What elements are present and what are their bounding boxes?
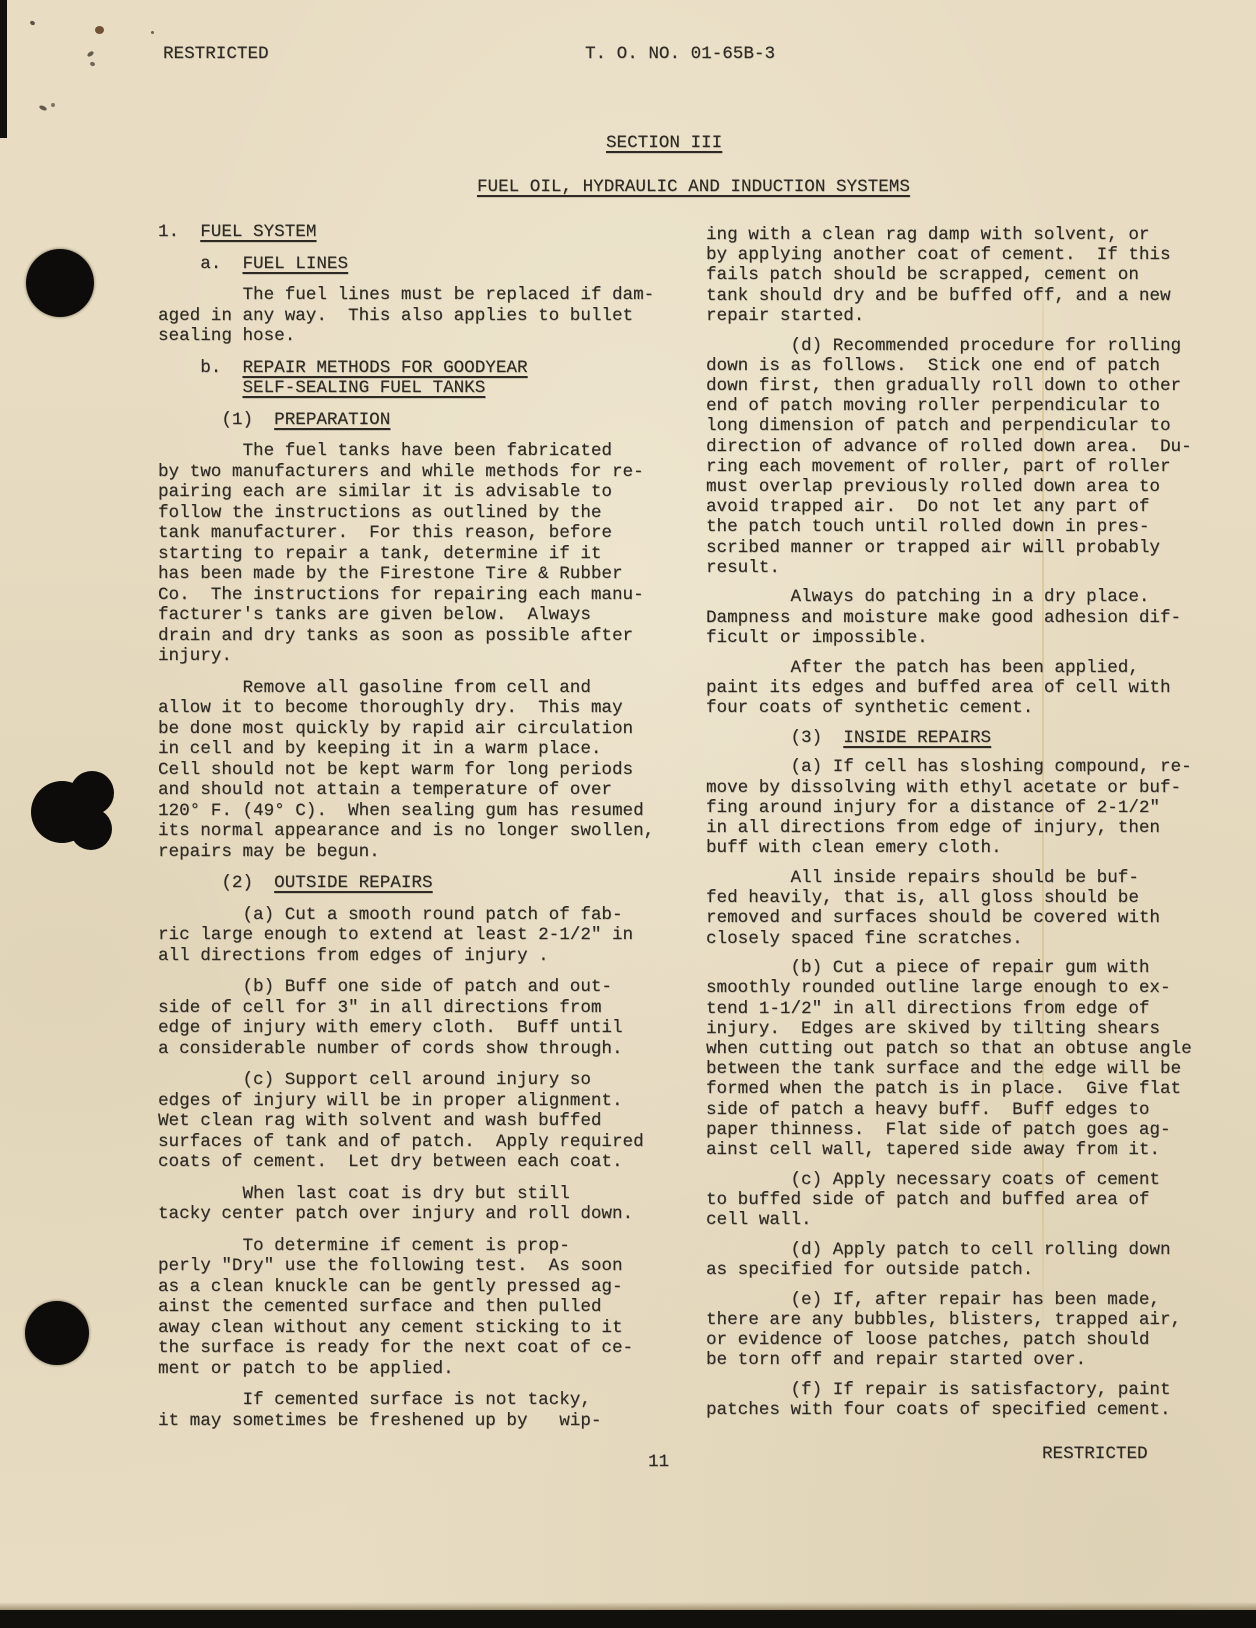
heading-title: PREPARATION [274,410,390,430]
paragraph: (f) If repair is satisfactory, paintpatc… [706,1380,1211,1420]
smudge [95,26,104,34]
text-line: (a) If cell has sloshing compound, re- [706,757,1211,777]
text-line: ring each movement of roller, part of ro… [706,457,1211,477]
text-line: injury. [158,646,663,667]
heading-label: b. [158,358,242,378]
text-line: If cemented surface is not tacky, [158,1390,663,1411]
text-line: must overlap previously rolled down area… [706,477,1211,497]
text-line: side of patch a heavy buff. Buff edges t… [706,1100,1211,1120]
text-line: the surface is ready for the next coat o… [158,1338,663,1359]
text-line: (c) Support cell around injury so [158,1070,663,1091]
smudge [86,50,94,57]
paragraph: All inside repairs should be buf-fed hea… [706,868,1211,949]
text-line: be done most quickly by rapid air circul… [158,719,663,740]
text-line: down first, then gradually roll down to … [706,376,1211,396]
paragraph: (a) If cell has sloshing compound, re-mo… [706,757,1211,858]
text-line: its normal appearance and is no longer s… [158,821,663,842]
paragraph: To determine if cement is prop-perly "Dr… [158,1236,663,1380]
paragraph: (a) Cut a smooth round patch of fab-ric … [158,905,663,967]
text-line: surfaces of tank and of patch. Apply req… [158,1132,663,1153]
paragraph: (c) Support cell around injury soedges o… [158,1070,663,1173]
text-line: Always do patching in a dry place. [706,587,1211,607]
text-line: Dampness and moisture make good adhesion… [706,608,1211,628]
text-line: in all directions from edge of injury, t… [706,818,1211,838]
section-heading: (3) INSIDE REPAIRS [706,728,1211,748]
heading-label: (3) [706,728,843,748]
text-line: injury. Edges are skived by tilting shea… [706,1019,1211,1039]
text-line: 120° F. (49° C). When sealing gum has re… [158,801,663,822]
text-line: (a) Cut a smooth round patch of fab- [158,905,663,926]
hole-punch-bottom [25,1301,89,1365]
heading-label: (1) [158,410,274,430]
text-line: fed heavily, that is, all gloss should b… [706,888,1211,908]
text-line: edge of injury with emery cloth. Buff un… [158,1018,663,1039]
paragraph: The fuel lines must be replaced if dam-a… [158,285,663,347]
text-line: four coats of synthetic cement. [706,698,1211,718]
text-line: edges of injury will be in proper alignm… [158,1091,663,1112]
text-line: end of patch moving roller perpendicular… [706,396,1211,416]
paragraph: (e) If, after repair has been made,there… [706,1290,1211,1371]
text-line: After the patch has been applied, [706,658,1211,678]
text-line: there are any bubbles, blisters, trapped… [706,1310,1211,1330]
text-line: cell wall. [706,1210,1211,1230]
text-line: repairs may be begun. [158,842,663,863]
text-line: result. [706,558,1211,578]
text-line: long dimension of patch and perpendicula… [706,416,1211,436]
text-line: ing with a clean rag damp with solvent, … [706,225,1211,245]
paragraph: (d) Recommended procedure for rollingdow… [706,336,1211,578]
text-line: side of cell for 3" in all directions fr… [158,998,663,1019]
heading-title: FUEL LINES [242,254,348,274]
page-number: 11 [648,1452,669,1472]
text-line: Co. The instructions for repairing each … [158,585,663,606]
text-line: To determine if cement is prop- [158,1236,663,1257]
paragraph: (b) Buff one side of patch and out-side … [158,977,663,1059]
heading-label: a. [158,254,242,274]
section-heading: 1. FUEL SYSTEM [158,222,663,243]
text-line: in cell and by keeping it in a warm plac… [158,739,663,760]
text-line: as specified for outside patch. [706,1260,1211,1280]
text-line: paper thinness. Flat side of patch goes … [706,1120,1211,1140]
text-line: (b) Buff one side of patch and out- [158,977,663,998]
text-line: drain and dry tanks as soon as possible … [158,626,663,647]
paragraph: Always do patching in a dry place.Dampne… [706,587,1211,648]
text-line: be torn off and repair started over. [706,1350,1211,1370]
text-line: it may sometimes be freshened up by wip- [158,1411,663,1432]
scan-edge-bottom [0,1610,1256,1628]
text-line: paint its edges and buffed area of cell … [706,678,1211,698]
text-line: tank manufacturer. For this reason, befo… [158,523,663,544]
text-line: (c) Apply necessary coats of cement [706,1170,1211,1190]
text-line: tacky center patch over injury and roll … [158,1204,663,1225]
text-line: ficult or impossible. [706,628,1211,648]
text-line: tend 1-1/2" in all directions from edge … [706,999,1211,1019]
text-line: fing around injury for a distance of 2-1… [706,798,1211,818]
text-line: as a clean knuckle can be gently pressed… [158,1277,663,1298]
text-line: the patch touch until rolled down in pre… [706,517,1211,537]
heading-title: REPAIR METHODS FOR GOODYEAR [242,358,527,378]
text-line: Cell should not be kept warm for long pe… [158,760,663,781]
text-line: move by dissolving with ethyl acetate or… [706,778,1211,798]
text-line: tank should dry and be buffed off, and a… [706,286,1211,306]
text-line: pairing each are similar it is advisable… [158,482,663,503]
text-line: direction of advance of rolled down area… [706,437,1211,457]
hole-punch-middle [26,770,118,852]
heading-title: INSIDE REPAIRS [843,728,991,748]
text-line: (b) Cut a piece of repair gum with [706,958,1211,978]
smudge [29,20,35,26]
text-line: perly "Dry" use the following test. As s… [158,1256,663,1277]
text-line: avoid trapped air. Do not let any part o… [706,497,1211,517]
text-line: repair started. [706,306,1211,326]
text-line: (f) If repair is satisfactory, paint [706,1380,1211,1400]
text-line: when cutting out patch so that an obtuse… [706,1039,1211,1059]
text-line: by two manufacturers and while methods f… [158,462,663,483]
doc-number: T. O. NO. 01-65B-3 [585,44,775,64]
scanned-document-page: RESTRICTED T. O. NO. 01-65B-3 SECTION II… [0,0,1256,1628]
text-line: starting to repair a tank, determine if … [158,544,663,565]
text-line: coats of cement. Let dry between each co… [158,1152,663,1173]
text-line: patches with four coats of specified cem… [706,1400,1211,1420]
text-line: has been made by the Firestone Tire & Ru… [158,564,663,585]
text-line: buff with clean emery cloth. [706,838,1211,858]
text-line: (e) If, after repair has been made, [706,1290,1211,1310]
smudge [51,103,55,107]
smudge [89,61,95,66]
paragraph: ing with a clean rag damp with solvent, … [706,225,1211,326]
text-line: Wet clean rag with solvent and wash buff… [158,1111,663,1132]
text-line: sealing hose. [158,326,663,347]
text-line: fails patch should be scrapped, cement o… [706,265,1211,285]
right-column: ing with a clean rag damp with solvent, … [706,225,1211,1430]
text-line: a considerable number of cords show thro… [158,1039,663,1060]
text-line: down is as follows. Stick one end of pat… [706,356,1211,376]
text-line: between the tank surface and the edge wi… [706,1059,1211,1079]
text-line: ment or patch to be applied. [158,1359,663,1380]
text-line: by applying another coat of cement. If t… [706,245,1211,265]
text-line: The fuel lines must be replaced if dam- [158,285,663,306]
text-line: The fuel tanks have been fabricated [158,441,663,462]
paragraph: After the patch has been applied,paint i… [706,658,1211,719]
text-line: ric large enough to extend at least 2-1/… [158,925,663,946]
paragraph: Remove all gasoline from cell andallow i… [158,678,663,863]
paragraph: When last coat is dry but stilltacky cen… [158,1184,663,1225]
section-heading: (2) OUTSIDE REPAIRS [158,873,663,894]
heading-label: 1. [158,222,200,242]
text-line: (d) Apply patch to cell rolling down [706,1240,1211,1260]
heading-title: SELF-SEALING FUEL TANKS [242,378,485,398]
paragraph: The fuel tanks have been fabricatedby tw… [158,441,663,667]
text-line: (d) Recommended procedure for rolling [706,336,1211,356]
text-line: smoothly rounded outline large enough to… [706,978,1211,998]
header-classification: RESTRICTED [163,44,269,64]
text-line: away clean without any cement sticking t… [158,1318,663,1339]
heading-label [158,378,242,398]
text-line: or evidence of loose patches, patch shou… [706,1330,1211,1350]
section-heading: (1) PREPARATION [158,410,663,431]
text-line: scribed manner or trapped air will proba… [706,538,1211,558]
section-heading: a. FUEL LINES [158,254,663,275]
text-line: ainst cell wall, tapered side away from … [706,1140,1211,1160]
left-column: 1. FUEL SYSTEM a. FUEL LINES The fuel li… [158,222,663,1442]
text-line: follow the instructions as outlined by t… [158,503,663,524]
text-line: All inside repairs should be buf- [706,868,1211,888]
text-line: and should not attain a temperature of o… [158,780,663,801]
paragraph: If cemented surface is not tacky,it may … [158,1390,663,1431]
text-line: all directions from edges of injury . [158,946,663,967]
text-line: allow it to become thoroughly dry. This … [158,698,663,719]
scan-shadow-bottom [0,1602,1256,1610]
section-heading: b. REPAIR METHODS FOR GOODYEAR SELF-SEAL… [158,358,663,399]
text-line: facturer's tanks are given below. Always [158,605,663,626]
paragraph: (d) Apply patch to cell rolling downas s… [706,1240,1211,1280]
heading-label: (2) [158,873,274,893]
text-line: to buffed side of patch and buffed area … [706,1190,1211,1210]
paragraph: (c) Apply necessary coats of cementto bu… [706,1170,1211,1231]
section-subtitle: FUEL OIL, HYDRAULIC AND INDUCTION SYSTEM… [477,177,910,197]
text-line: aged in any way. This also applies to bu… [158,306,663,327]
heading-title: FUEL SYSTEM [200,222,316,242]
text-line: removed and surfaces should be covered w… [706,908,1211,928]
text-line: closely spaced fine scratches. [706,929,1211,949]
text-line: Remove all gasoline from cell and [158,678,663,699]
text-line: ainst the cemented surface and then pull… [158,1297,663,1318]
paragraph: (b) Cut a piece of repair gum withsmooth… [706,958,1211,1160]
smudge [151,31,154,34]
scan-edge-left [0,0,7,138]
footer-classification: RESTRICTED [1042,1444,1148,1464]
hole-punch-top [26,249,94,317]
heading-title: OUTSIDE REPAIRS [274,873,432,893]
section-title: SECTION III [606,133,722,153]
text-line: When last coat is dry but still [158,1184,663,1205]
smudge [39,104,48,111]
text-line: formed when the patch is in place. Give … [706,1079,1211,1099]
